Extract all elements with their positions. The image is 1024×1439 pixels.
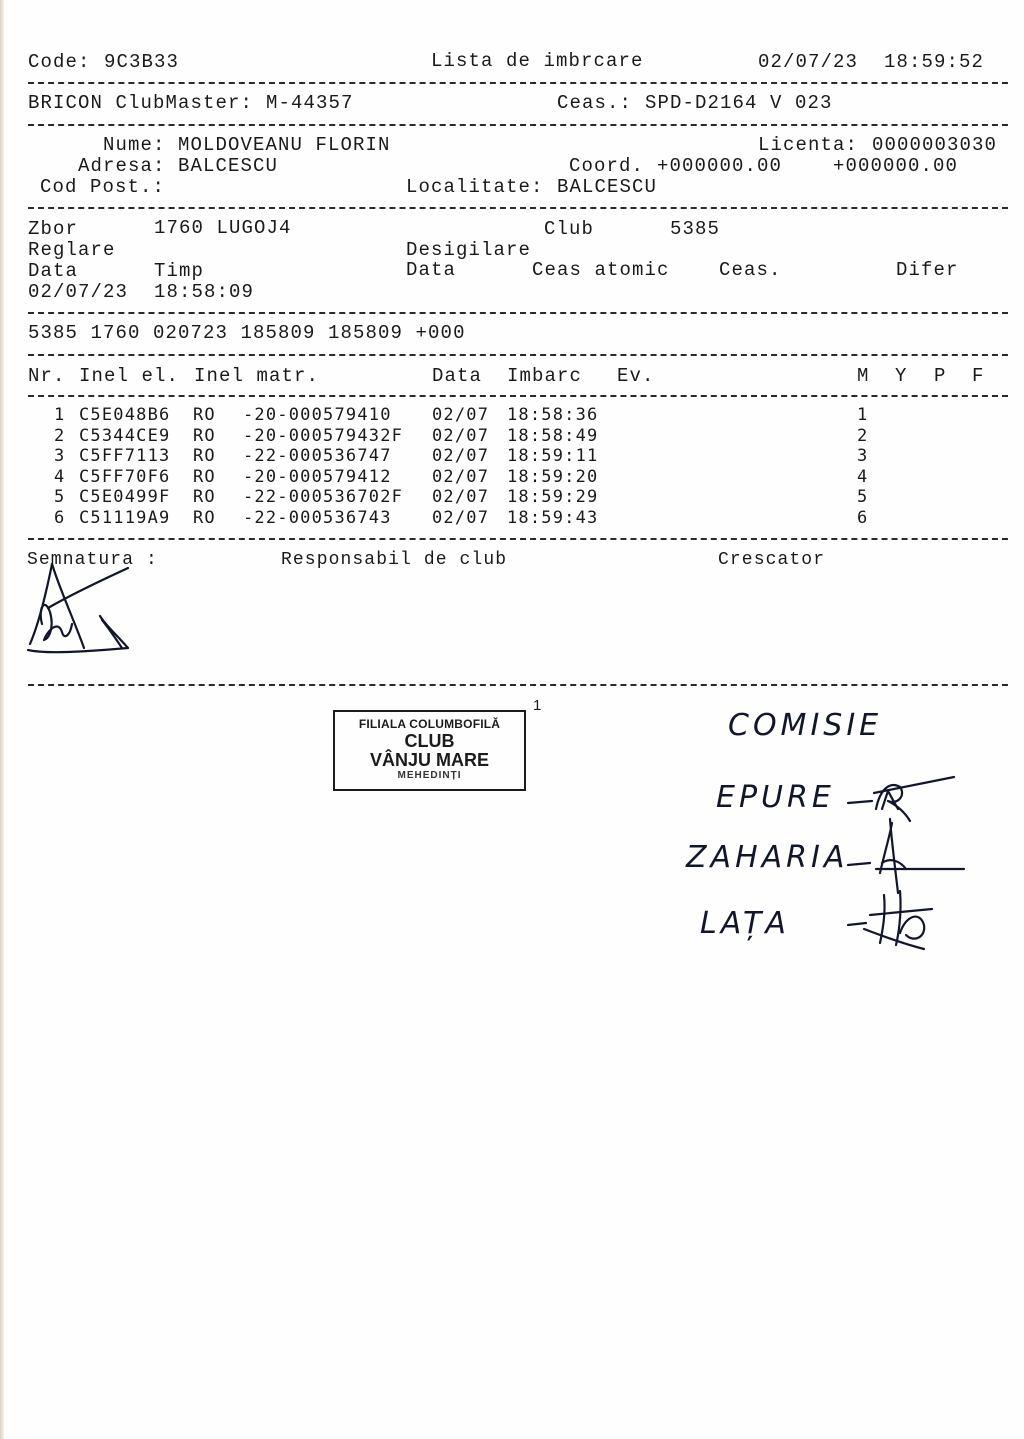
- col-f: F: [972, 366, 985, 386]
- handwritten-signature: [22, 560, 142, 660]
- commission-title: COMISIE: [728, 708, 882, 743]
- code-label: Code:: [28, 52, 91, 72]
- separator: [28, 82, 1008, 84]
- separator: [28, 207, 1008, 209]
- club-responsible-label: Responsabil de club: [281, 550, 507, 570]
- col-m: M: [857, 366, 870, 386]
- cell-ring-number: -22-000536747: [243, 446, 392, 466]
- separator: [28, 538, 1008, 540]
- cell-nr: 2: [54, 426, 65, 446]
- col-electronic-ring: Inel el.: [79, 366, 179, 386]
- stamp-line-4: MEHEDINȚI: [335, 770, 524, 782]
- cell-nr: 4: [54, 467, 65, 487]
- cell-basketing-time: 18:58:49: [507, 426, 598, 446]
- separator: [28, 354, 1008, 356]
- cell-nr: 6: [54, 508, 65, 528]
- commission-member-2: ZAHARIA: [686, 840, 848, 875]
- cell-ring-number: -22-000536702F: [243, 487, 403, 507]
- cell-nr: 5: [54, 487, 65, 507]
- flight-value: 1760 LUGOJ4: [154, 218, 292, 238]
- postal-label: Cod Post.:: [40, 177, 165, 197]
- cell-m: 5: [857, 487, 868, 507]
- cell-country: RO: [193, 405, 216, 425]
- separator: [28, 124, 1008, 126]
- print-date: 02/07/23: [758, 52, 858, 72]
- cell-ring-number: -20-000579412: [243, 467, 392, 487]
- stamp-line-3: VÂNJU MARE: [335, 750, 524, 770]
- cell-date: 02/07: [432, 487, 489, 507]
- cell-electronic-ring: C51119A9: [79, 508, 170, 528]
- flight-label: Zbor: [28, 219, 78, 239]
- col-date: Data: [432, 366, 482, 386]
- separator: [28, 684, 1008, 686]
- address-value: BALCESCU: [178, 156, 278, 176]
- cell-m: 6: [857, 508, 868, 528]
- cell-ring-number: -20-000579410: [243, 405, 392, 425]
- col-atomic-clock: Ceas atomic: [532, 260, 670, 280]
- code-value: 9C3B33: [104, 52, 179, 72]
- clubmaster-value: M-44357: [266, 93, 354, 113]
- cell-nr: 3: [54, 446, 65, 466]
- cell-basketing-time: 18:59:11: [507, 446, 598, 466]
- cell-electronic-ring: C5344CE9: [79, 426, 170, 446]
- separator: [28, 312, 1008, 314]
- breeder-label: Crescator: [718, 550, 825, 570]
- cell-m: 3: [857, 446, 868, 466]
- cell-basketing-time: 18:59:29: [507, 487, 598, 507]
- col-p: P: [934, 366, 947, 386]
- setting-time: 18:58:09: [154, 282, 254, 302]
- locality-label: Localitate:: [406, 177, 544, 197]
- clubmaster-label: BRICON ClubMaster:: [28, 93, 253, 113]
- cell-nr: 1: [54, 405, 65, 425]
- stamp-line-2: CLUB: [335, 732, 524, 750]
- scan-edge: [0, 0, 4, 1439]
- col-ring-number: Inel matr.: [194, 366, 319, 386]
- col-clock: Ceas.: [719, 260, 782, 280]
- cell-m: 1: [857, 405, 868, 425]
- cell-basketing-time: 18:58:36: [507, 405, 598, 425]
- name-value: MOLDOVEANU FLORIN: [178, 135, 391, 155]
- club-stamp: FILIALA COLUMBOFILĂ CLUB VÂNJU MARE MEHE…: [333, 710, 526, 791]
- summary-line: 5385 1760 020723 185809 185809 +000: [28, 323, 466, 343]
- cell-country: RO: [193, 467, 216, 487]
- cell-country: RO: [193, 446, 216, 466]
- col-unseal-date: Data: [406, 260, 456, 280]
- cell-date: 02/07: [432, 426, 489, 446]
- col-basketing: Imbarc: [507, 366, 582, 386]
- cell-electronic-ring: C5FF70F6: [79, 467, 170, 487]
- club-value: 5385: [670, 219, 720, 239]
- coord-label: Coord.: [569, 156, 644, 176]
- clock-value: SPD-D2164 V 023: [645, 93, 833, 113]
- col-nr: Nr.: [28, 366, 66, 386]
- page-number: 1: [533, 697, 541, 714]
- print-time: 18:59:52: [884, 52, 984, 72]
- cell-date: 02/07: [432, 467, 489, 487]
- commission-member-3: LAȚA: [700, 906, 790, 941]
- cell-electronic-ring: C5FF7113: [79, 446, 170, 466]
- license-value: 0000003030: [872, 135, 997, 155]
- cell-country: RO: [193, 487, 216, 507]
- cell-electronic-ring: C5E0499F: [79, 487, 170, 507]
- col-time: Timp: [154, 261, 204, 281]
- unseal-label: Desigilare: [406, 240, 531, 260]
- cell-basketing-time: 18:59:43: [507, 508, 598, 528]
- locality-value: BALCESCU: [557, 177, 657, 197]
- name-label: Nume:: [103, 135, 166, 155]
- commission-signatures: [840, 765, 970, 965]
- col-difference: Difer: [896, 260, 959, 280]
- cell-m: 2: [857, 426, 868, 446]
- cell-basketing-time: 18:59:20: [507, 467, 598, 487]
- cell-date: 02/07: [432, 446, 489, 466]
- col-date: Data: [28, 261, 78, 281]
- cell-country: RO: [193, 426, 216, 446]
- stamp-line-1: FILIALA COLUMBOFILĂ: [335, 717, 524, 731]
- clock-label: Ceas.:: [557, 93, 632, 113]
- coord-y: +000000.00: [833, 156, 958, 176]
- address-label: Adresa:: [78, 156, 166, 176]
- setting-date: 02/07/23: [28, 282, 128, 302]
- col-event: Ev.: [617, 366, 655, 386]
- commission-member-1: EPURE: [716, 780, 835, 815]
- cell-date: 02/07: [432, 508, 489, 528]
- cell-date: 02/07: [432, 405, 489, 425]
- license-label: Licenta:: [758, 135, 858, 155]
- document-title: Lista de imbrcare: [431, 51, 644, 71]
- setting-label: Reglare: [28, 240, 116, 260]
- coord-x: +000000.00: [657, 156, 782, 176]
- col-y: Y: [895, 366, 908, 386]
- separator: [28, 395, 1008, 397]
- cell-ring-number: -20-000579432F: [243, 426, 403, 446]
- cell-m: 4: [857, 467, 868, 487]
- cell-country: RO: [193, 508, 216, 528]
- cell-ring-number: -22-000536743: [243, 508, 392, 528]
- cell-electronic-ring: C5E048B6: [79, 405, 170, 425]
- club-label: Club: [544, 219, 594, 239]
